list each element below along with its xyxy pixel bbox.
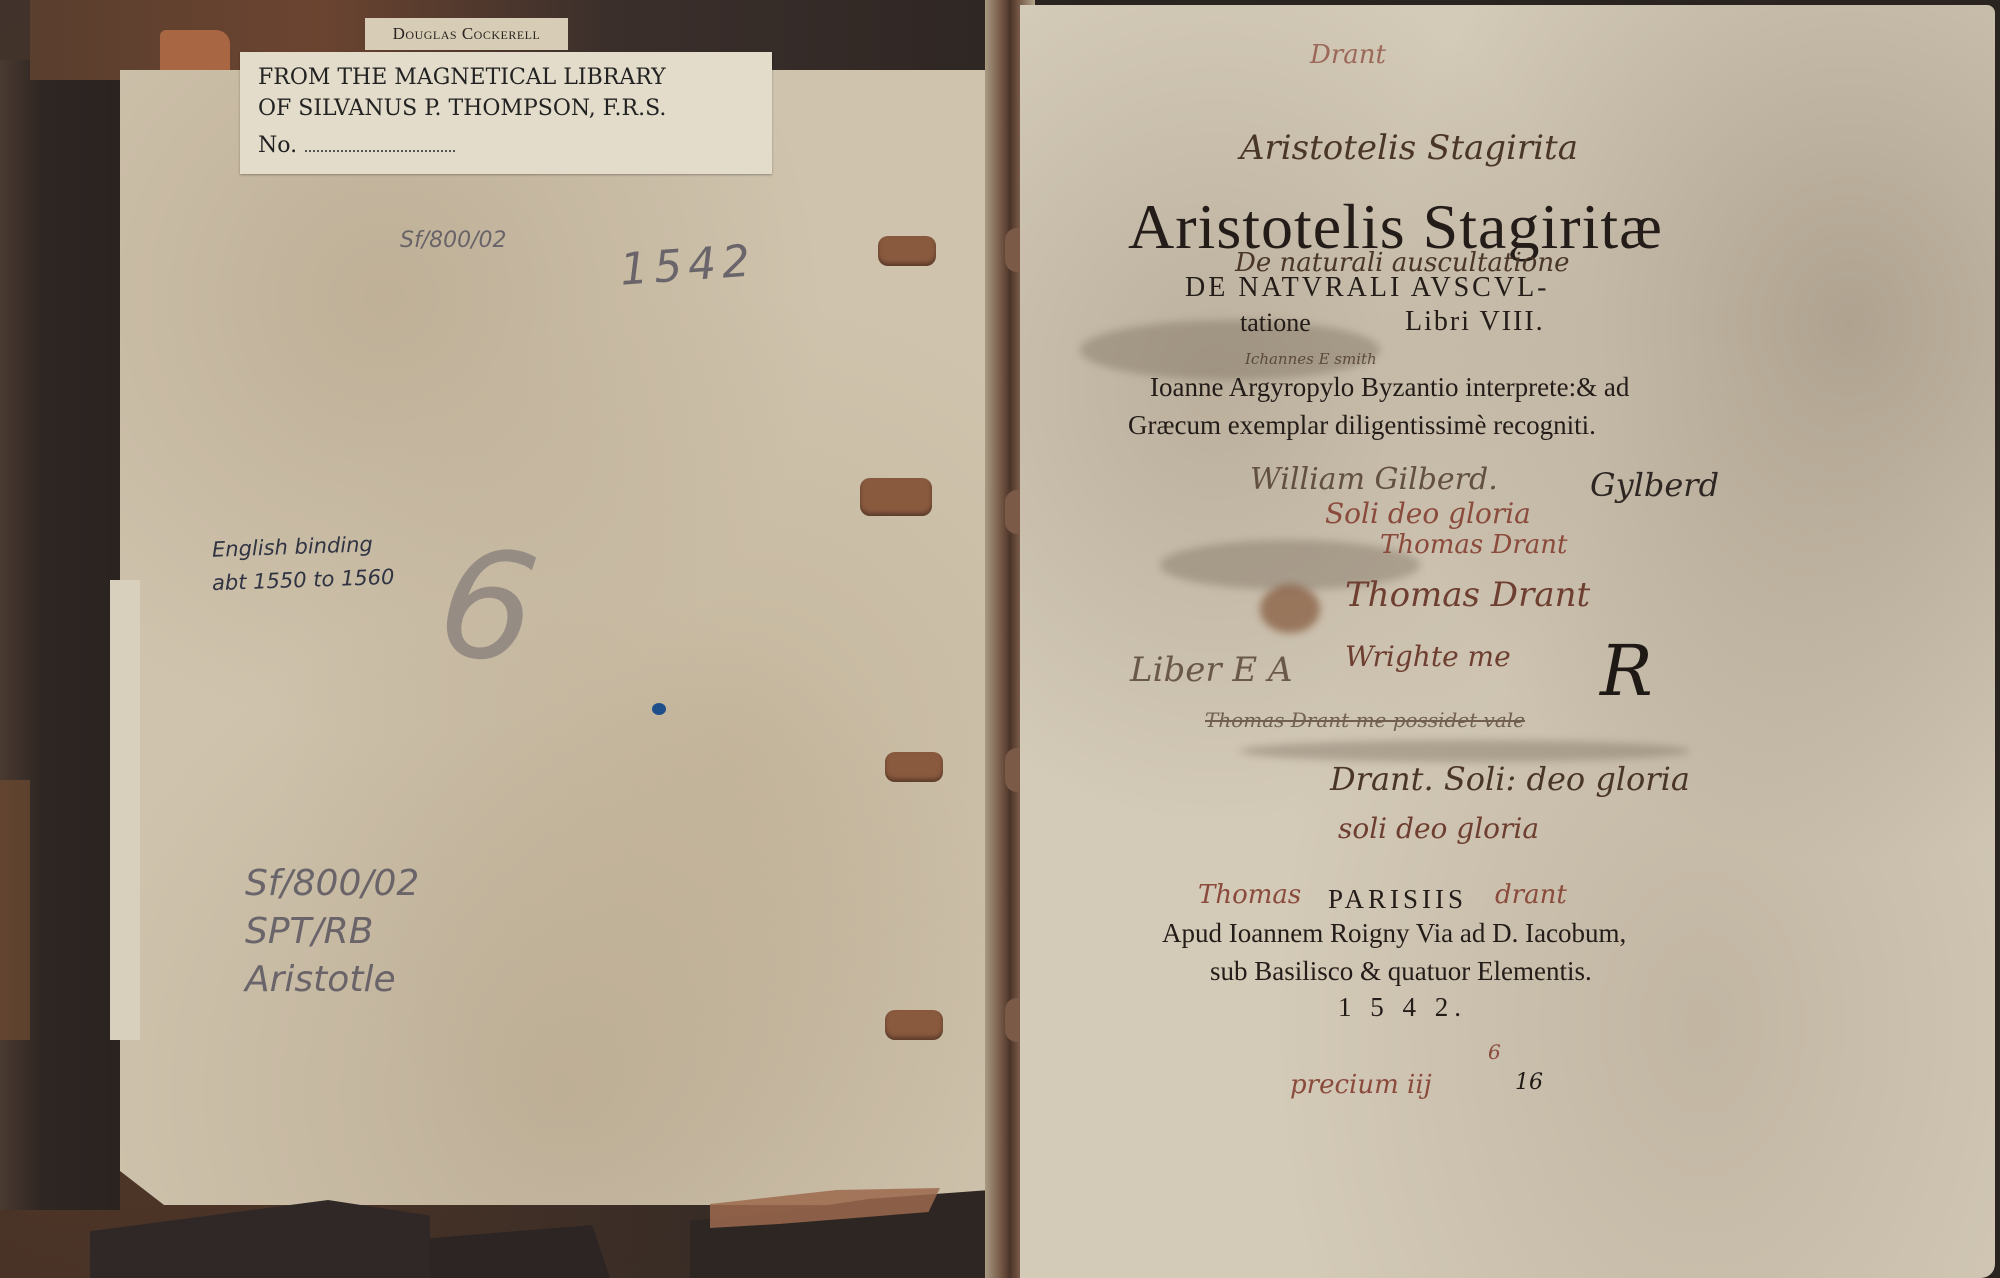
ms-thomas-drant-red: Thomas Drant (1380, 530, 1567, 560)
ms-liber: Liber E A (1130, 650, 1293, 690)
sewing-thong (860, 478, 932, 516)
ms-price: precium iij (1290, 1070, 1432, 1100)
imprint-year: 1 5 4 2. (1338, 992, 1467, 1023)
ms-thomas-left: Thomas (1198, 880, 1301, 910)
ms-drant-right: drant (1495, 880, 1567, 910)
title-line-3a: tatione (1240, 308, 1311, 338)
sewing-thong (885, 1010, 943, 1040)
ms-struck-line: Thomas Drant me possidet vale (1205, 708, 1525, 732)
imprint-line-2: sub Basilisco & quatuor Elementis. (1210, 956, 1592, 987)
shelfmark-line-1: Sf/800/02 (245, 860, 419, 908)
ms-price-number: 16 (1515, 1070, 1543, 1095)
blue-ink-spot (652, 703, 666, 715)
bookplate-label: FROM THE MAGNETICAL LIBRARY OF SILVANUS … (240, 52, 772, 174)
bookplate-number-row: No. (258, 130, 754, 161)
ms-big-r: R (1600, 630, 1653, 712)
ms-wrighte: Wrighte me (1345, 640, 1511, 673)
ms-above-title: Aristotelis Stagirita (1240, 128, 1578, 168)
bookplate-line-1: FROM THE MAGNETICAL LIBRARY (258, 62, 754, 93)
sewing-thong (885, 752, 943, 782)
ms-gylberd: Gylberd (1590, 466, 1719, 504)
ms-william-gilbert: William Gilberd. (1250, 462, 1498, 497)
ms-thomas-drant: Thomas Drant (1345, 575, 1590, 615)
bookplate-number-prefix: No. (258, 130, 297, 161)
translator-line-2: Græcum exemplar diligentissimè recogniti… (1128, 410, 1596, 441)
binder-label: Douglas Cockerell (365, 18, 568, 50)
imprint-line-1: Apud Ioannem Roigny Via ad D. Iacobum, (1162, 918, 1626, 949)
title-line-2: DE NATVRALI AVSCVL- (1185, 272, 1550, 304)
ms-drant-soli: Drant. Soli: deo gloria (1330, 760, 1690, 798)
struck-out-smear (1240, 740, 1690, 762)
sewing-thong (878, 236, 936, 266)
ms-small-note: Ichannes E smith (1245, 350, 1377, 368)
pencil-shelfmark-top: Sf/800/02 (400, 228, 507, 253)
pastedown-paper (120, 70, 1000, 1205)
imprint-place: PARISIIS (1328, 884, 1467, 915)
ms-soli-deo-red: Soli deo gloria (1325, 497, 1531, 530)
title-line-3b: Libri VIII. (1405, 306, 1545, 338)
ms-price-superscript: 6 (1488, 1040, 1501, 1064)
pencil-year: 1542 (618, 235, 757, 295)
ink-blot (1260, 585, 1320, 633)
bookplate-number-blank (305, 149, 455, 152)
ms-drant-top: Drant (1310, 40, 1386, 70)
paper-turn-in-edge (110, 580, 140, 1040)
shelfmark-line-3: Aristotle (245, 956, 419, 1004)
leather-rust-patch (0, 780, 30, 1040)
ms-soli-deo-2: soli deo gloria (1338, 812, 1539, 845)
pencil-shelfmark-block: Sf/800/02 SPT/RB Aristotle (245, 860, 419, 1004)
translator-line-1: Ioanne Argyropylo Byzantio interprete:& … (1150, 372, 1629, 403)
bookplate-line-2: OF SILVANUS P. THOMPSON, F.R.S. (258, 93, 754, 124)
binder-name: Douglas Cockerell (393, 24, 541, 44)
shelfmark-line-2: SPT/RB (245, 908, 419, 956)
